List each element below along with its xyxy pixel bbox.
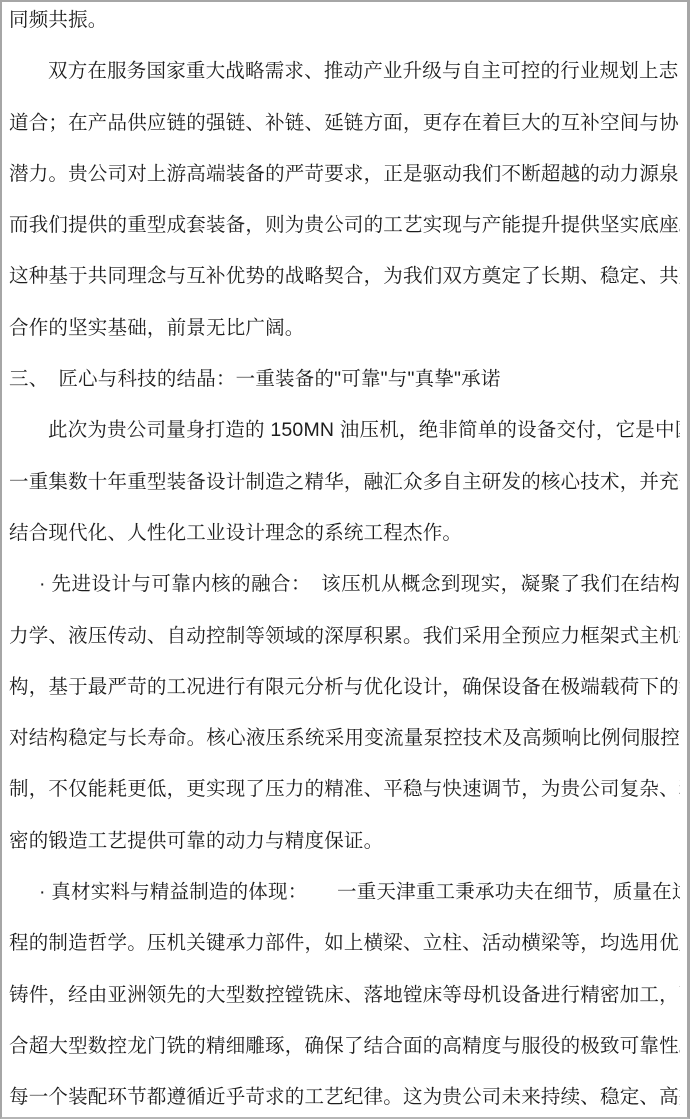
text-line: 而我们提供的重型成套装备，则为贵公司的工艺实现与产能提升提供坚实底座。 [9,200,680,251]
text-line: 密的锻造工艺提供可靠的动力与精度保证。 [9,816,680,867]
text-line: 同频共振。 [9,0,680,46]
text-line: 道合；在产品供应链的强链、补链、延链方面，更存在着巨大的互补空间与协同 [9,98,680,149]
text-line: · 真材实料与精益制造的体现： 一重天津重工秉承功夫在细节，质量在过 [9,867,680,918]
text-line: · 先进设计与可靠内核的融合： 该压机从概念到现实，凝聚了我们在结构 [9,559,680,610]
text-line: 合超大型数控龙门铣的精细雕琢，确保了结合面的高精度与服役的极致可靠性。 [9,1021,680,1072]
text-line: 每一个装配环节都遵循近乎苛求的工艺纪律。这为贵公司未来持续、稳定、高效 [9,1072,680,1119]
text-line: 结合现代化、人性化工业设计理念的系统工程杰作。 [9,508,680,559]
text-line: 三、 匠心与科技的结晶：一重装备的"可靠"与"真挚"承诺 [9,354,680,405]
text-line: 双方在服务国家重大战略需求、推动产业升级与自主可控的行业规划上志同 [9,46,680,97]
text-line: 潜力。贵公司对上游高端装备的严苛要求，正是驱动我们不断超越的动力源泉； [9,149,680,200]
text-line: 程的制造哲学。压机关键承力部件，如上横梁、立柱、活动横梁等，均选用优质 [9,918,680,969]
text-line: 铸件，经由亚洲领先的大型数控镗铣床、落地镗床等母机设备进行精密加工，配 [9,970,680,1021]
text-line: 力学、液压传动、自动控制等领域的深厚积累。我们采用全预应力框架式主机结 [9,611,680,662]
text-line: 制，不仅能耗更低，更实现了压力的精准、平稳与快速调节，为贵公司复杂、精 [9,764,680,815]
text-line: 此次为贵公司量身打造的 150MN 油压机，绝非简单的设备交付，它是中国 [9,405,680,456]
text-line: 构，基于最严苛的工况进行有限元分析与优化设计，确保设备在极端载荷下的绝 [9,662,680,713]
text-line: 对结构稳定与长寿命。核心液压系统采用变流量泵控技术及高频响比例伺服控 [9,713,680,764]
document-page[interactable]: 同频共振。双方在服务国家重大战略需求、推动产业升级与自主可控的行业规划上志同道合… [0,0,690,1119]
text-line: 这种基于共同理念与互补优势的战略契合，为我们双方奠定了长期、稳定、共赢 [9,251,680,302]
document-body: 同频共振。双方在服务国家重大战略需求、推动产业升级与自主可控的行业规划上志同道合… [2,0,687,1119]
text-line: 一重集数十年重型装备设计制造之精华，融汇众多自主研发的核心技术，并充分 [9,457,680,508]
text-line: 合作的坚实基础，前景无比广阔。 [9,303,680,354]
